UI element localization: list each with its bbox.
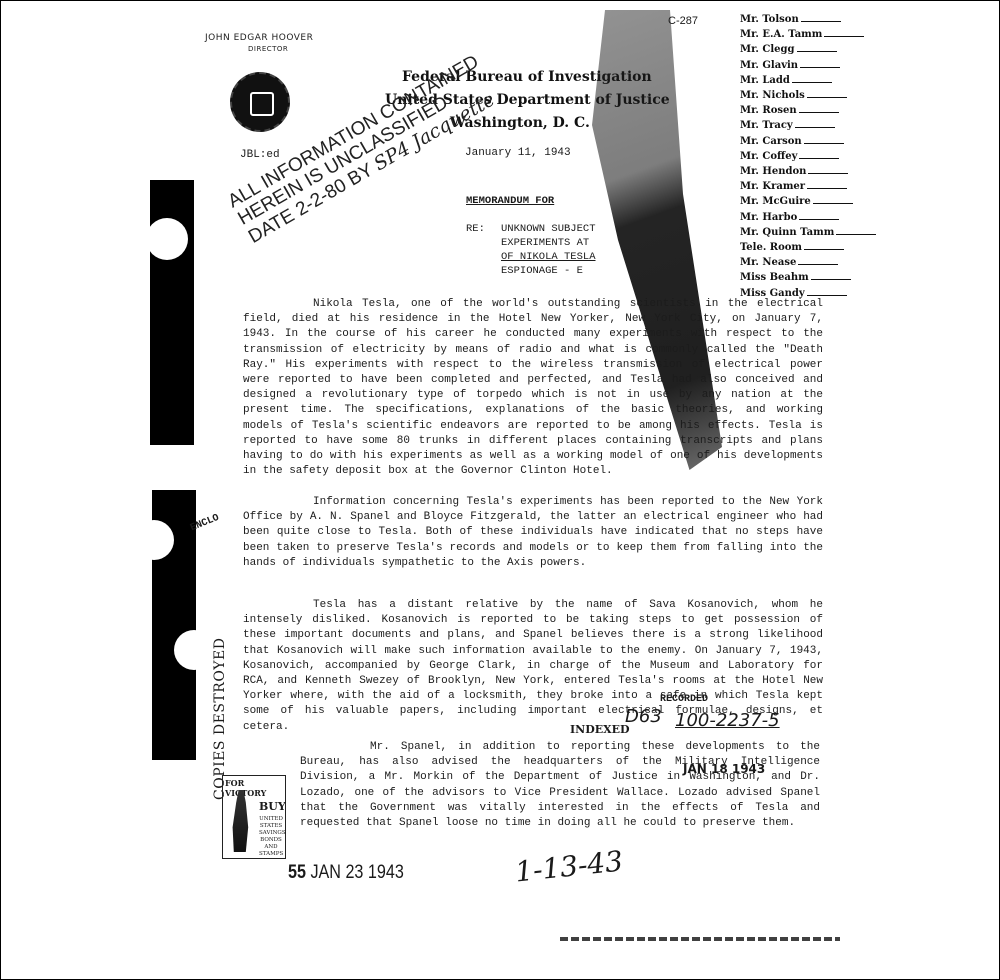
memo-date: January 11, 1943 <box>465 147 571 159</box>
redaction-bar-top <box>150 180 194 445</box>
director-title: DIRECTOR <box>248 45 288 53</box>
routing-entry: Mr. Tolson <box>740 12 876 27</box>
director-name: JOHN EDGAR HOOVER <box>205 33 313 43</box>
paragraph-text: Mr. Spanel, in addition to reporting the… <box>300 740 820 831</box>
indexed-stamp: INDEXED <box>570 723 630 736</box>
routing-entry: Mr. Tracy <box>740 118 876 133</box>
victory-stamp-title: FOR VICTORY <box>225 778 285 798</box>
routing-entry: Miss Beahm <box>740 270 876 285</box>
re-line: EXPERIMENTS AT <box>501 237 589 249</box>
re-line: UNKNOWN SUBJECT <box>501 223 596 235</box>
file-reference: 100-2237-5 <box>675 710 780 731</box>
paragraph-text: Nikola Tesla, one of the world's outstan… <box>243 297 823 479</box>
routing-entry: Mr. Harbo <box>740 210 876 225</box>
recorded-stamp: RECORDED <box>660 694 708 705</box>
filing-stamp-number: 55 <box>288 862 306 883</box>
filing-stamp-date: JAN 23 1943 <box>310 862 403 883</box>
routing-entry: Mr. Coffey <box>740 149 876 164</box>
routing-entry: Mr. Nease <box>740 255 876 270</box>
redaction-bar-bottom <box>152 490 196 760</box>
routing-entry: Mr. Clegg <box>740 42 876 57</box>
scan-artifact <box>560 937 840 941</box>
file-number: C-287 <box>668 15 698 27</box>
victory-stamp-sub: UNITED STATES SAVINGS BONDS AND STAMPS <box>259 816 283 858</box>
memorandum-for-label: MEMORANDUM FOR <box>466 195 554 207</box>
received-date-stamp: JAN 18 1943 <box>683 762 765 776</box>
paragraph-2: Information concerning Tesla's experimen… <box>243 495 823 571</box>
typist-initials: JBL:ed <box>240 149 280 161</box>
punch-hole <box>146 218 188 260</box>
routing-entry: Mr. Ladd <box>740 73 876 88</box>
routing-entry: Mr. Hendon <box>740 164 876 179</box>
routing-entry: Mr. E.A. Tamm <box>740 27 876 42</box>
paragraph-text: Information concerning Tesla's experimen… <box>243 495 823 571</box>
routing-entry: Tele. Room <box>740 240 876 255</box>
re-line: OF NIKOLA TESLA <box>501 251 596 263</box>
paragraph-4: Mr. Spanel, in addition to reporting the… <box>300 740 820 831</box>
routing-entry: Mr. McGuire <box>740 194 876 209</box>
handwritten-code: D63 <box>625 706 662 727</box>
routing-entry: Mr. Quinn Tamm <box>740 225 876 240</box>
re-label: RE: <box>466 222 501 236</box>
paragraph-1: Nikola Tesla, one of the world's outstan… <box>243 297 823 479</box>
victory-stamp-buy: BUY <box>259 800 286 813</box>
re-line: ESPIONAGE - E <box>501 265 583 277</box>
routing-entry: Mr. Nichols <box>740 88 876 103</box>
soldier-icon <box>229 790 253 852</box>
punch-hole <box>174 630 214 670</box>
routing-entry: Mr. Carson <box>740 134 876 149</box>
re-block: RE:UNKNOWN SUBJECT EXPERIMENTS AT OF NIK… <box>466 222 596 278</box>
routing-entry: Mr. Glavin <box>740 58 876 73</box>
fbi-seal-icon <box>230 72 290 132</box>
victory-bonds-stamp: FOR VICTORY BUY UNITED STATES SAVINGS BO… <box>222 775 286 859</box>
routing-list: Mr. TolsonMr. E.A. TammMr. CleggMr. Glav… <box>740 12 876 301</box>
filing-stamp: 55 JAN 23 1943 <box>288 862 404 884</box>
punch-hole <box>134 520 174 560</box>
routing-entry: Mr. Rosen <box>740 103 876 118</box>
routing-entry: Mr. Kramer <box>740 179 876 194</box>
